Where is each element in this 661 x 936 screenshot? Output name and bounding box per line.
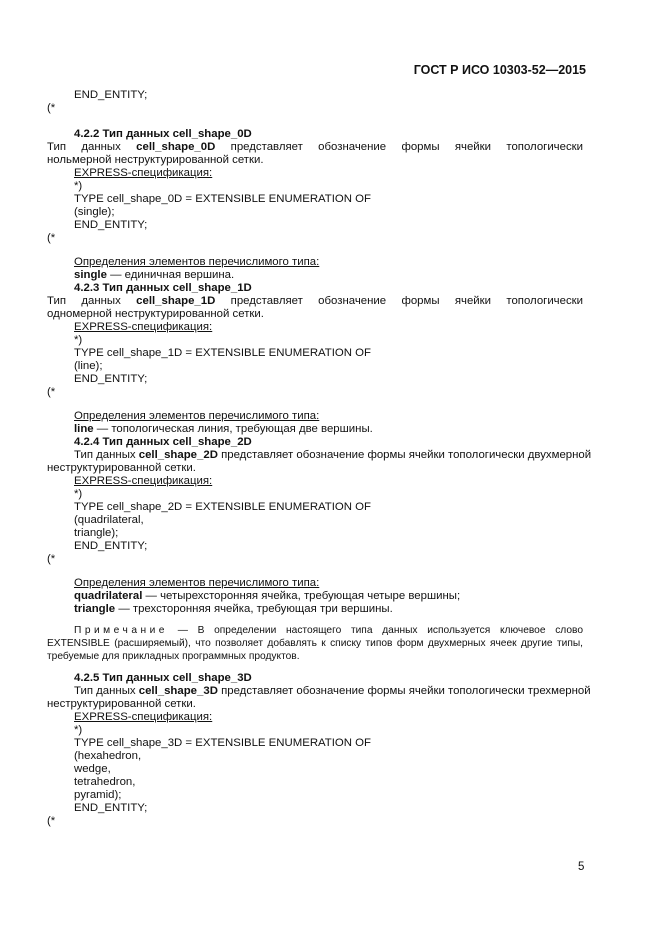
code-line: END_ENTITY; bbox=[74, 373, 147, 386]
comment-open: (* bbox=[47, 102, 55, 115]
section-paragraph-line: неструктурированной сетки. bbox=[47, 462, 196, 475]
section-heading-4-2-2: 4.2.2 Тип данных cell_shape_0D bbox=[74, 128, 252, 141]
express-spec-label: EXPRESS-спецификация: bbox=[74, 475, 212, 488]
section-paragraph-line: одномерной неструктурированной сетки. bbox=[47, 308, 264, 321]
type-name: cell_shape_1D bbox=[136, 295, 215, 307]
enum-definitions-label: Определения элементов перечислимого типа… bbox=[74, 577, 319, 590]
code-line: (quadrilateral, bbox=[74, 514, 144, 527]
code-line: *) bbox=[74, 488, 82, 501]
para-text: представляет обозначение формы ячейки то… bbox=[218, 685, 591, 697]
comment-open: (* bbox=[47, 553, 55, 566]
enum-desc: — единичная вершина. bbox=[107, 269, 234, 281]
enum-term: line bbox=[74, 423, 94, 435]
enum-definitions-label: Определения элементов перечислимого типа… bbox=[74, 410, 319, 423]
enum-definition: line — топологическая линия, требующая д… bbox=[74, 423, 373, 436]
express-spec-label: EXPRESS-спецификация: bbox=[74, 167, 212, 180]
section-paragraph-line: нольмерной неструктурированной сетки. bbox=[47, 154, 264, 167]
enum-definition: triangle — трехсторонняя ячейка, требующ… bbox=[74, 603, 393, 616]
code-line: wedge, bbox=[74, 763, 111, 776]
section-paragraph-line: Тип данных cell_shape_0D представляет об… bbox=[47, 141, 583, 154]
para-text: Тип данных bbox=[74, 449, 139, 461]
code-line: TYPE cell_shape_0D = EXTENSIBLE ENUMERAT… bbox=[74, 193, 371, 206]
page-number: 5 bbox=[578, 861, 584, 873]
code-line: triangle); bbox=[74, 527, 118, 540]
code-line: *) bbox=[74, 724, 82, 737]
note-text: — В определении настоящего типа данных и… bbox=[168, 625, 583, 636]
code-line: TYPE cell_shape_2D = EXTENSIBLE ENUMERAT… bbox=[74, 501, 371, 514]
comment-open: (* bbox=[47, 386, 55, 399]
enum-term: single bbox=[74, 269, 107, 281]
section-paragraph-line: Тип данных cell_shape_1D представляет об… bbox=[47, 295, 583, 308]
note-line: Примечание — В определении настоящего ти… bbox=[74, 624, 583, 637]
para-text: представляет обозначение формы ячейки то… bbox=[215, 295, 583, 307]
code-line: (single); bbox=[74, 206, 115, 219]
enum-term: quadrilateral bbox=[74, 590, 142, 602]
note-label: Примечание bbox=[74, 625, 168, 636]
enum-desc: — топологическая линия, требующая две ве… bbox=[94, 423, 373, 435]
para-text: Тип данных bbox=[74, 685, 139, 697]
code-line: END_ENTITY; bbox=[74, 89, 147, 102]
section-paragraph-line: Тип данных cell_shape_3D представляет об… bbox=[74, 685, 591, 698]
enum-definition: quadrilateral — четырехсторонняя ячейка,… bbox=[74, 590, 460, 603]
para-text: Тип данных bbox=[47, 295, 136, 307]
code-line: *) bbox=[74, 334, 82, 347]
section-heading-4-2-4: 4.2.4 Тип данных cell_shape_2D bbox=[74, 436, 252, 449]
note-line: EXTENSIBLE (расширяемый), что позволяет … bbox=[47, 637, 583, 650]
code-line: END_ENTITY; bbox=[74, 802, 147, 815]
section-heading-4-2-3: 4.2.3 Тип данных cell_shape_1D bbox=[74, 282, 252, 295]
enum-desc: — трехсторонняя ячейка, требующая три ве… bbox=[115, 603, 393, 615]
enum-definitions-label: Определения элементов перечислимого типа… bbox=[74, 256, 319, 269]
express-spec-label: EXPRESS-спецификация: bbox=[74, 711, 212, 724]
express-spec-label: EXPRESS-спецификация: bbox=[74, 321, 212, 334]
section-heading-4-2-5: 4.2.5 Тип данных cell_shape_3D bbox=[74, 672, 252, 685]
document-code-header: ГОСТ Р ИСО 10303-52—2015 bbox=[414, 63, 586, 77]
code-line: (hexahedron, bbox=[74, 750, 141, 763]
type-name: cell_shape_0D bbox=[136, 141, 215, 153]
para-text: представляет обозначение формы ячейки то… bbox=[215, 141, 583, 153]
para-text: представляет обозначение формы ячейки то… bbox=[218, 449, 591, 461]
enum-definition: single — единичная вершина. bbox=[74, 269, 234, 282]
code-line: TYPE cell_shape_1D = EXTENSIBLE ENUMERAT… bbox=[74, 347, 371, 360]
para-text: Тип данных bbox=[47, 141, 136, 153]
note-line: требуемые для прикладных программных про… bbox=[47, 650, 300, 663]
enum-term: triangle bbox=[74, 603, 115, 615]
section-paragraph-line: неструктурированной сетки. bbox=[47, 698, 196, 711]
comment-open: (* bbox=[47, 232, 55, 245]
type-name: cell_shape_3D bbox=[139, 685, 218, 697]
code-line: *) bbox=[74, 180, 82, 193]
code-line: END_ENTITY; bbox=[74, 219, 147, 232]
comment-open: (* bbox=[47, 815, 55, 828]
section-paragraph-line: Тип данных cell_shape_2D представляет об… bbox=[74, 449, 591, 462]
enum-desc: — четырехсторонняя ячейка, требующая чет… bbox=[142, 590, 460, 602]
code-line: END_ENTITY; bbox=[74, 540, 147, 553]
code-line: (line); bbox=[74, 360, 102, 373]
code-line: TYPE cell_shape_3D = EXTENSIBLE ENUMERAT… bbox=[74, 737, 371, 750]
code-line: pyramid); bbox=[74, 789, 121, 802]
code-line: tetrahedron, bbox=[74, 776, 135, 789]
type-name: cell_shape_2D bbox=[139, 449, 218, 461]
